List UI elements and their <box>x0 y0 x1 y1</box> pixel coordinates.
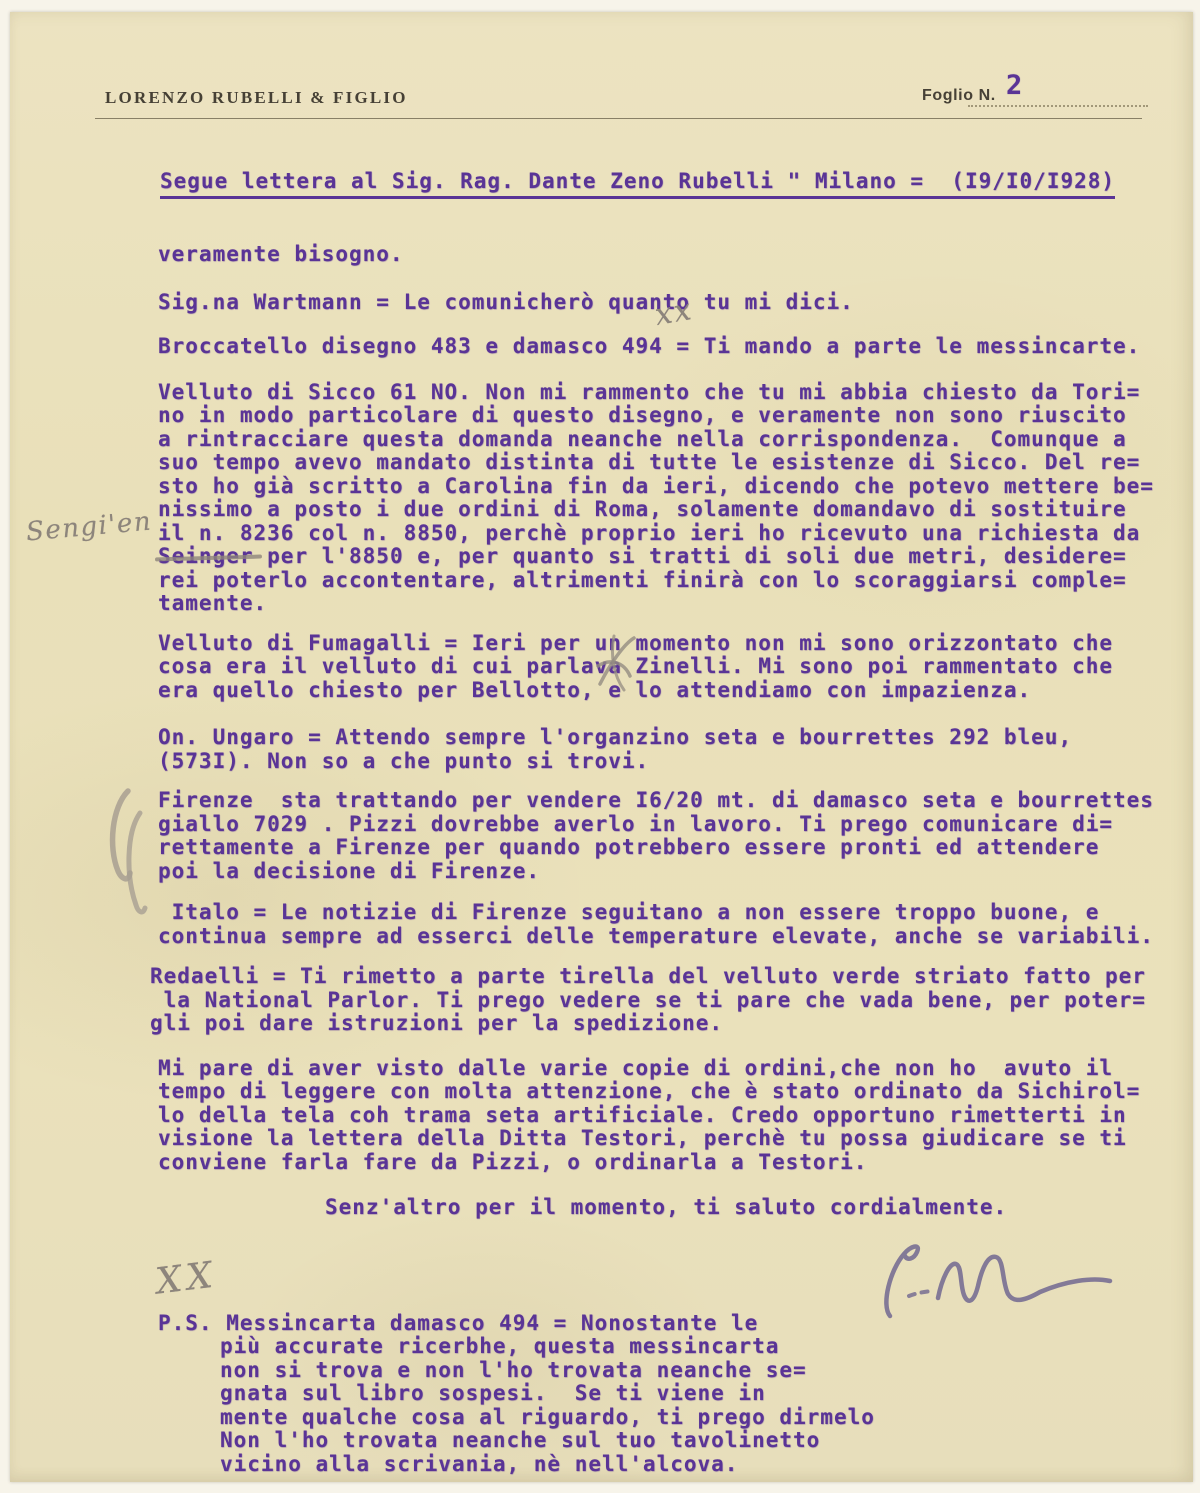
text-line: lo della tela coh trama seta artificiale… <box>158 1104 1163 1128</box>
seinger-line: Seinger per l'8850 e, per quanto si trat… <box>158 545 1163 569</box>
paragraph-velluto-sicco: Velluto di Sicco 61 NO. Non mi rammento … <box>158 381 1163 616</box>
text-line: Velluto di Sicco 61 NO. Non mi rammento … <box>158 381 1163 405</box>
header-rule <box>95 118 1142 119</box>
paragraph-redaelli: Redaelli = Ti rimetto a parte tirella de… <box>150 965 1163 1036</box>
text-line: a rintracciare questa domanda neanche ne… <box>158 428 1163 452</box>
zinelli-pencil-scribble-icon <box>590 632 640 696</box>
paragraph-broccatello: Broccatello disegno 483 e damasco 494 = … <box>158 335 1163 359</box>
text-line: Velluto di Fumagalli = Ieri per un momen… <box>158 632 1163 656</box>
text-line: tamente. <box>158 592 1163 616</box>
text-line: Mi pare di aver visto dalle varie copie … <box>158 1057 1163 1081</box>
signature-scrawl-icon <box>876 1242 1116 1324</box>
pencil-xx-footnote-mark: XX <box>154 1254 220 1302</box>
text-line: visione la lettera della Ditta Testori, … <box>158 1127 1163 1151</box>
text-line: Broccatello disegno 483 e damasco 494 = … <box>158 335 1163 359</box>
text-line: più accurate ricerbhe, questa messincart… <box>220 1335 1163 1359</box>
letter-paper: LORENZO RUBELLI & FIGLIO Foglio N. 2 Seg… <box>10 12 1193 1482</box>
ps-block: P.S. Messincarta damasco 494 = Nonostant… <box>158 1312 1163 1477</box>
text-line: conviene farla fare da Pizzi, o ordinarl… <box>158 1151 1163 1175</box>
text-line: Non l'ho trovata neanche sul tuo tavolin… <box>220 1429 1163 1453</box>
text-line: On. Ungaro = Attendo sempre l'organzino … <box>158 726 1163 750</box>
text-line: rei poterlo accontentare, altrimenti fin… <box>158 569 1163 593</box>
text-line: non si trova e non l'ho trovata neanche … <box>220 1359 1163 1383</box>
text-line: nissimo a posto i due ordini di Roma, so… <box>158 498 1163 522</box>
margin-pencil-note: Sengi'en <box>25 507 153 548</box>
text-line: giallo 7029 . Pizzi dovrebbe averlo in l… <box>158 813 1163 837</box>
text-line: tempo di leggere con molta attenzione, c… <box>158 1080 1163 1104</box>
paragraph-velluto-sicco-part-b: rei poterlo accontentare, altrimenti fin… <box>158 569 1163 616</box>
letter-heading: Segue lettera al Sig. Rag. Dante Zeno Ru… <box>160 170 1115 199</box>
paragraph-italo: Italo = Le notizie di Firenze seguitano … <box>158 901 1163 948</box>
text-line: Redaelli = Ti rimetto a parte tirella de… <box>150 965 1163 989</box>
margin-pencil-squiggle-icon <box>102 785 150 925</box>
pencil-xx-annotation: xx <box>652 292 695 333</box>
text-line: suo tempo avevo mandato distinta di tutt… <box>158 451 1163 475</box>
text-line: mente qualche cosa al riguardo, ti prego… <box>220 1406 1163 1430</box>
paragraph-firenze: Firenze sta trattando per vendere I6/20 … <box>158 789 1163 883</box>
letterhead-company-name: LORENZO RUBELLI & FIGLIO <box>105 88 408 108</box>
foglio-label: Foglio N. <box>922 87 996 105</box>
closing-line: Senz'altro per il momento, ti saluto cor… <box>325 1196 1163 1220</box>
seinger-line-rest: per l'8850 e, per quanto si tratti di so… <box>254 544 1127 568</box>
text-line: gli poi dare istruzioni per la spedizion… <box>150 1012 1163 1036</box>
paragraph-velluto-sicco-part-a: Velluto di Sicco 61 NO. Non mi rammento … <box>158 381 1163 546</box>
text-line: no in modo particolare di questo disegno… <box>158 404 1163 428</box>
text-line: continua sempre ad esserci delle tempera… <box>158 925 1163 949</box>
text-line: rettamente a Firenze per quando potrebbe… <box>158 836 1163 860</box>
text-line: Firenze sta trattando per vendere I6/20 … <box>158 789 1163 813</box>
paragraph-ungaro: On. Ungaro = Attendo sempre l'organzino … <box>158 726 1163 773</box>
text-line: Italo = Le notizie di Firenze seguitano … <box>158 901 1163 925</box>
foglio-number: 2 <box>1006 70 1022 101</box>
text-line: (573I). Non so a che punto si trovi. <box>158 750 1163 774</box>
seinger-struck-word: Seinger <box>158 545 254 569</box>
foglio-dotted-line <box>968 105 1148 107</box>
text-line: era quello chiesto per Bellotto, e lo at… <box>158 679 1163 703</box>
text-line: il n. 8236 col n. 8850, perchè proprio i… <box>158 522 1163 546</box>
scanned-letter-screenshot: { "colors": { "paper": "#e9e0ba", "typew… <box>0 0 1200 1493</box>
text-line: la National Parlor. Ti prego vedere se t… <box>150 989 1163 1013</box>
text-line: sto ho già scritto a Carolina fin da ier… <box>158 475 1163 499</box>
text-line: veramente bisogno. <box>158 243 1163 267</box>
text-line: vicino alla scrivania, nè nell'alcova. <box>220 1453 1163 1477</box>
text-line: gnata sul libro sospesi. Se ti viene in <box>220 1382 1163 1406</box>
text-line: poi la decisione di Firenze. <box>158 860 1163 884</box>
paragraph-fumagalli: Velluto di Fumagalli = Ieri per un momen… <box>158 632 1163 703</box>
text-line: cosa era il velluto di cui parlava Zinel… <box>158 655 1163 679</box>
paragraph-bisogno: veramente bisogno. <box>158 243 1163 267</box>
paragraph-ordini: Mi pare di aver visto dalle varie copie … <box>158 1057 1163 1175</box>
